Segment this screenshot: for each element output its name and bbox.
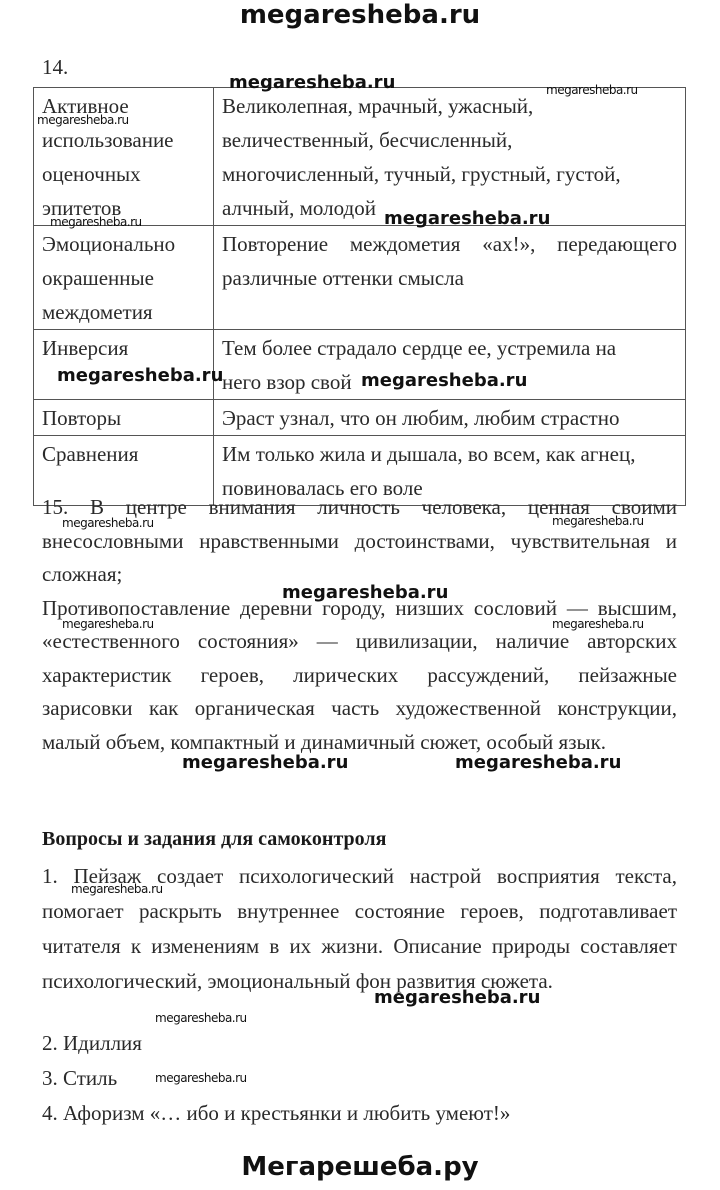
- watermark: megaresheba.ru: [37, 113, 129, 127]
- term-line: Эмоционально: [42, 227, 205, 261]
- answer-2: 2. Идиллия: [42, 1031, 142, 1056]
- device-example: Эраст узнал, что он любим, любим страстн…: [214, 400, 686, 436]
- table-row: ПовторыЭраст узнал, что он любим, любим …: [34, 400, 686, 436]
- site-header[interactable]: megaresheba.ru: [0, 0, 720, 30]
- term-line: Повторы: [42, 401, 205, 435]
- device-example: Повторение междометия «ах!», передающего…: [214, 226, 686, 330]
- watermark: megaresheba.ru: [57, 365, 223, 386]
- task-14-number: 14.: [42, 55, 68, 80]
- term-line: окрашенные: [42, 261, 205, 295]
- watermark: megaresheba.ru: [50, 215, 142, 229]
- watermark: megaresheba.ru: [384, 208, 550, 229]
- watermark: megaresheba.ru: [552, 514, 644, 528]
- example-line: Тем более страдало сердце ее, устремила …: [222, 331, 677, 365]
- watermark: megaresheba.ru: [282, 582, 448, 603]
- term-line: Инверсия: [42, 331, 205, 365]
- watermark: megaresheba.ru: [546, 83, 638, 97]
- watermark: megaresheba.ru: [62, 617, 154, 631]
- term-line: использование: [42, 123, 205, 157]
- watermark: megaresheba.ru: [229, 72, 395, 93]
- watermark: megaresheba.ru: [62, 516, 154, 530]
- watermark: megaresheba.ru: [71, 882, 163, 896]
- watermark: megaresheba.ru: [155, 1011, 247, 1025]
- table-row: ЭмоциональноокрашенныемеждометияПовторен…: [34, 226, 686, 330]
- site-footer[interactable]: Мегарешеба.ру: [0, 1152, 720, 1182]
- page: megaresheba.ru 14. Активноеиспользование…: [0, 0, 720, 1190]
- self-check-heading: Вопросы и задания для самоконтроля: [42, 828, 386, 851]
- watermark: megaresheba.ru: [374, 987, 540, 1008]
- example-line: Им только жила и дышала, во всем, как аг…: [222, 437, 677, 471]
- device-term: Повторы: [34, 400, 214, 436]
- term-line: Сравнения: [42, 437, 205, 471]
- watermark: megaresheba.ru: [455, 752, 621, 773]
- example-line: Эраст узнал, что он любим, любим страстн…: [222, 401, 677, 435]
- table-row: АктивноеиспользованиеоценочныхэпитетовВе…: [34, 88, 686, 226]
- example-line: различные оттенки смысла: [222, 261, 677, 295]
- term-line: междометия: [42, 295, 205, 329]
- answer-1: 1. Пейзаж создает психологический настро…: [42, 859, 677, 999]
- example-line: многочисленный, тучный, грустный, густой…: [222, 157, 677, 191]
- watermark: megaresheba.ru: [361, 370, 527, 391]
- answer-3: 3. Стиль: [42, 1066, 117, 1091]
- task-15-part1: 15. В центре внимания личность человека,…: [42, 495, 677, 586]
- device-term: Активноеиспользованиеоценочныхэпитетов: [34, 88, 214, 226]
- answer-4: 4. Афоризм «… ибо и крестьянки и любить …: [42, 1101, 510, 1126]
- literary-devices-table: АктивноеиспользованиеоценочныхэпитетовВе…: [33, 87, 686, 506]
- watermark: megaresheba.ru: [182, 752, 348, 773]
- term-line: оценочных: [42, 157, 205, 191]
- example-line: Повторение междометия «ах!», передающего: [222, 227, 677, 261]
- watermark: megaresheba.ru: [552, 617, 644, 631]
- example-line: величественный, бесчисленный,: [222, 123, 677, 157]
- device-term: Эмоциональноокрашенныемеждометия: [34, 226, 214, 330]
- device-example: Великолепная, мрачный, ужасный,величеств…: [214, 88, 686, 226]
- watermark: megaresheba.ru: [155, 1071, 247, 1085]
